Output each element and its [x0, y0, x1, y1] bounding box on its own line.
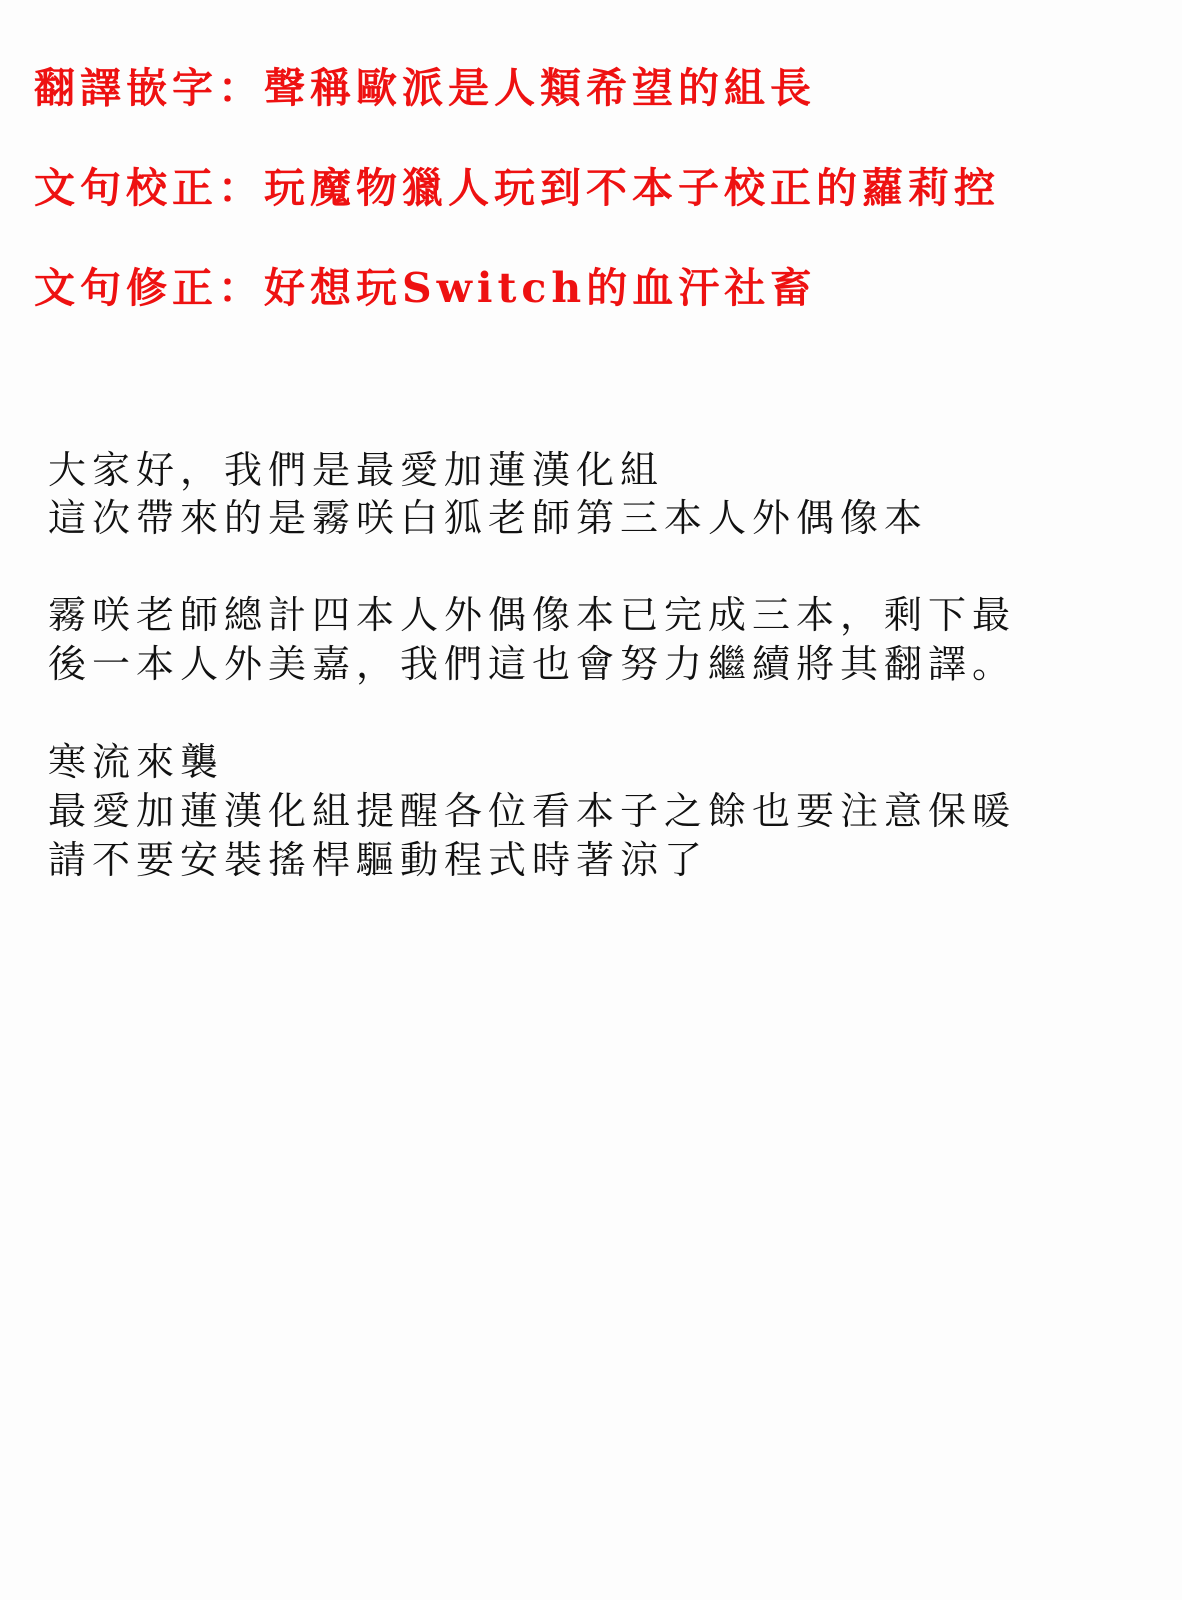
credit-role: 文句校正 [34, 164, 218, 212]
message-intro: 這次帶來的是霧咲白狐老師第三本人外偶像本 [48, 494, 928, 543]
credit-name: 好想玩Switch的血汗社畜 [264, 264, 816, 312]
credit-proofreading: 文句校正：玩魔物獵人玩到不本子校正的蘿莉控 [34, 162, 1000, 214]
credit-role: 翻譯嵌字 [34, 64, 218, 112]
credit-separator: ： [218, 164, 264, 212]
credit-separator: ： [218, 264, 264, 312]
credit-role: 文句修正 [34, 264, 218, 312]
message-greeting: 大家好，我們是最愛加蓮漢化組 [48, 446, 664, 495]
message-progress-line-2: 後一本人外美嘉，我們這也會努力繼續將其翻譯。 [48, 640, 1016, 689]
credit-name: 玩魔物獵人玩到不本子校正的蘿莉控 [264, 164, 1000, 212]
message-reminder: 最愛加蓮漢化組提醒各位看本子之餘也要注意保暖 [48, 787, 1016, 836]
credit-name: 聲稱歐派是人類希望的組長 [264, 64, 816, 112]
message-cold-wave: 寒流來襲 [48, 738, 224, 787]
message-progress-line-1: 霧咲老師總計四本人外偶像本已完成三本，剩下最 [48, 591, 1016, 640]
credit-separator: ： [218, 64, 264, 112]
credit-translation-typesetting: 翻譯嵌字：聲稱歐派是人類希望的組長 [34, 62, 816, 114]
message-joke: 請不要安裝搖桿驅動程式時著涼了 [48, 836, 708, 885]
credit-editing: 文句修正：好想玩Switch的血汗社畜 [34, 262, 816, 314]
